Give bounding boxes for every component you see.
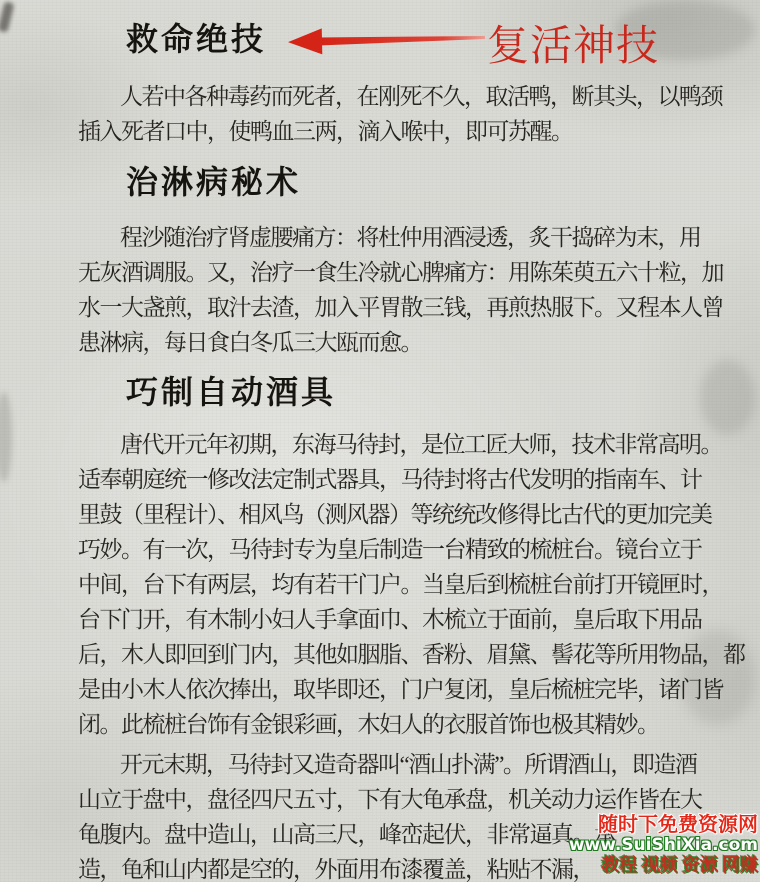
text-line: 后，木人即回到门内，其他如胭脂、香粉、眉黛、髻花等所用物品，都 [78,637,752,672]
scanned-book-page: 救命绝技 人若中各种毒药而死者，在刚死不久，取活鸭，断其头，以鸭颈 插入死者口中… [0,0,760,882]
section-heading-zhilinbing: 治淋病秘术 [126,163,752,201]
scan-smudge [0,1,14,33]
text-line: 水一大盏煎，取汁去渣，加入平胃散三钱，再煎热服下。又程本人曾 [78,290,752,325]
paragraph: 人若中各种毒药而死者，在刚死不久，取活鸭，断其头，以鸭颈 插入死者口中，使鸭血三… [78,79,752,149]
text-line: 巧妙。有一次，马待封专为皇后制造一台精致的梳桩台。镜台立于 [78,532,752,567]
text-line: 程沙随治疗肾虚腰痛方：将杜仲用酒浸透，炙干捣碎为末，用 [78,220,752,255]
site-watermark: 随时下免费资源网 www.SuiShiXia.com 教程 视频 资源 网赚 [569,813,758,876]
watermark-site-name: 随时下免费资源网 [569,813,758,836]
section-heading-qiaozhi: 巧制自动酒具 [126,373,752,411]
text-line: 人若中各种毒药而死者，在刚死不久，取活鸭，断其头，以鸭颈 [78,79,752,114]
scan-smudge [0,392,12,482]
text-line: 闭。此梳桩台饰有金银彩画，木妇人的衣服首饰也极其精妙。 [78,707,752,742]
text-line: 中间，台下有两层，均有若干门户。当皇后到梳桩台前打开镜匣时， [78,567,752,602]
text-line: 台下门开，有木制小妇人手拿面巾、木梳立于面前，皇后取下用品 [78,602,752,637]
watermark-url: www.SuiShiXia.com [569,836,758,855]
text-line: 开元末期，马待封又造奇器叫“酒山扑满”。所谓酒山，即造酒 [78,747,752,782]
annotation-label: 复活神技 [487,13,659,73]
text-line: 唐代开元年初期，东海马待封，是位工匠大师，技术非常高明。 [78,427,752,462]
text-line: 插入死者口中，使鸭血三两，滴入喉中，即可苏醒。 [78,114,752,149]
watermark-tagline: 教程 视频 资源 网赚 [569,855,758,876]
paragraph: 程沙随治疗肾虚腰痛方：将杜仲用酒浸透，炙干捣碎为末，用 无灰酒调服。又，治疗一食… [78,220,752,360]
text-line: 患淋病，每日食白冬瓜三大瓯而愈。 [78,325,752,360]
text-line: 是由小木人依次捧出，取毕即还，门户复闭，皇后梳桩完毕，诸门皆 [78,672,752,707]
text-line: 里鼓（里程计）、相风鸟（测风器）等统统改修得比古代的更加完美 [78,497,752,532]
page-text-block: 救命绝技 人若中各种毒药而死者，在刚死不久，取活鸭，断其头，以鸭颈 插入死者口中… [78,0,752,882]
text-line: 无灰酒调服。又，治疗一食生冷就心脾痛方：用陈茱萸五六十粒，加 [78,255,752,290]
left-arrow-icon [288,23,487,57]
text-line: 适奉朝庭统一修改法定制式器具，马待封将古代发明的指南车、计 [78,462,752,497]
paragraph: 唐代开元年初期，东海马待封，是位工匠大师，技术非常高明。 适奉朝庭统一修改法定制… [78,427,752,742]
